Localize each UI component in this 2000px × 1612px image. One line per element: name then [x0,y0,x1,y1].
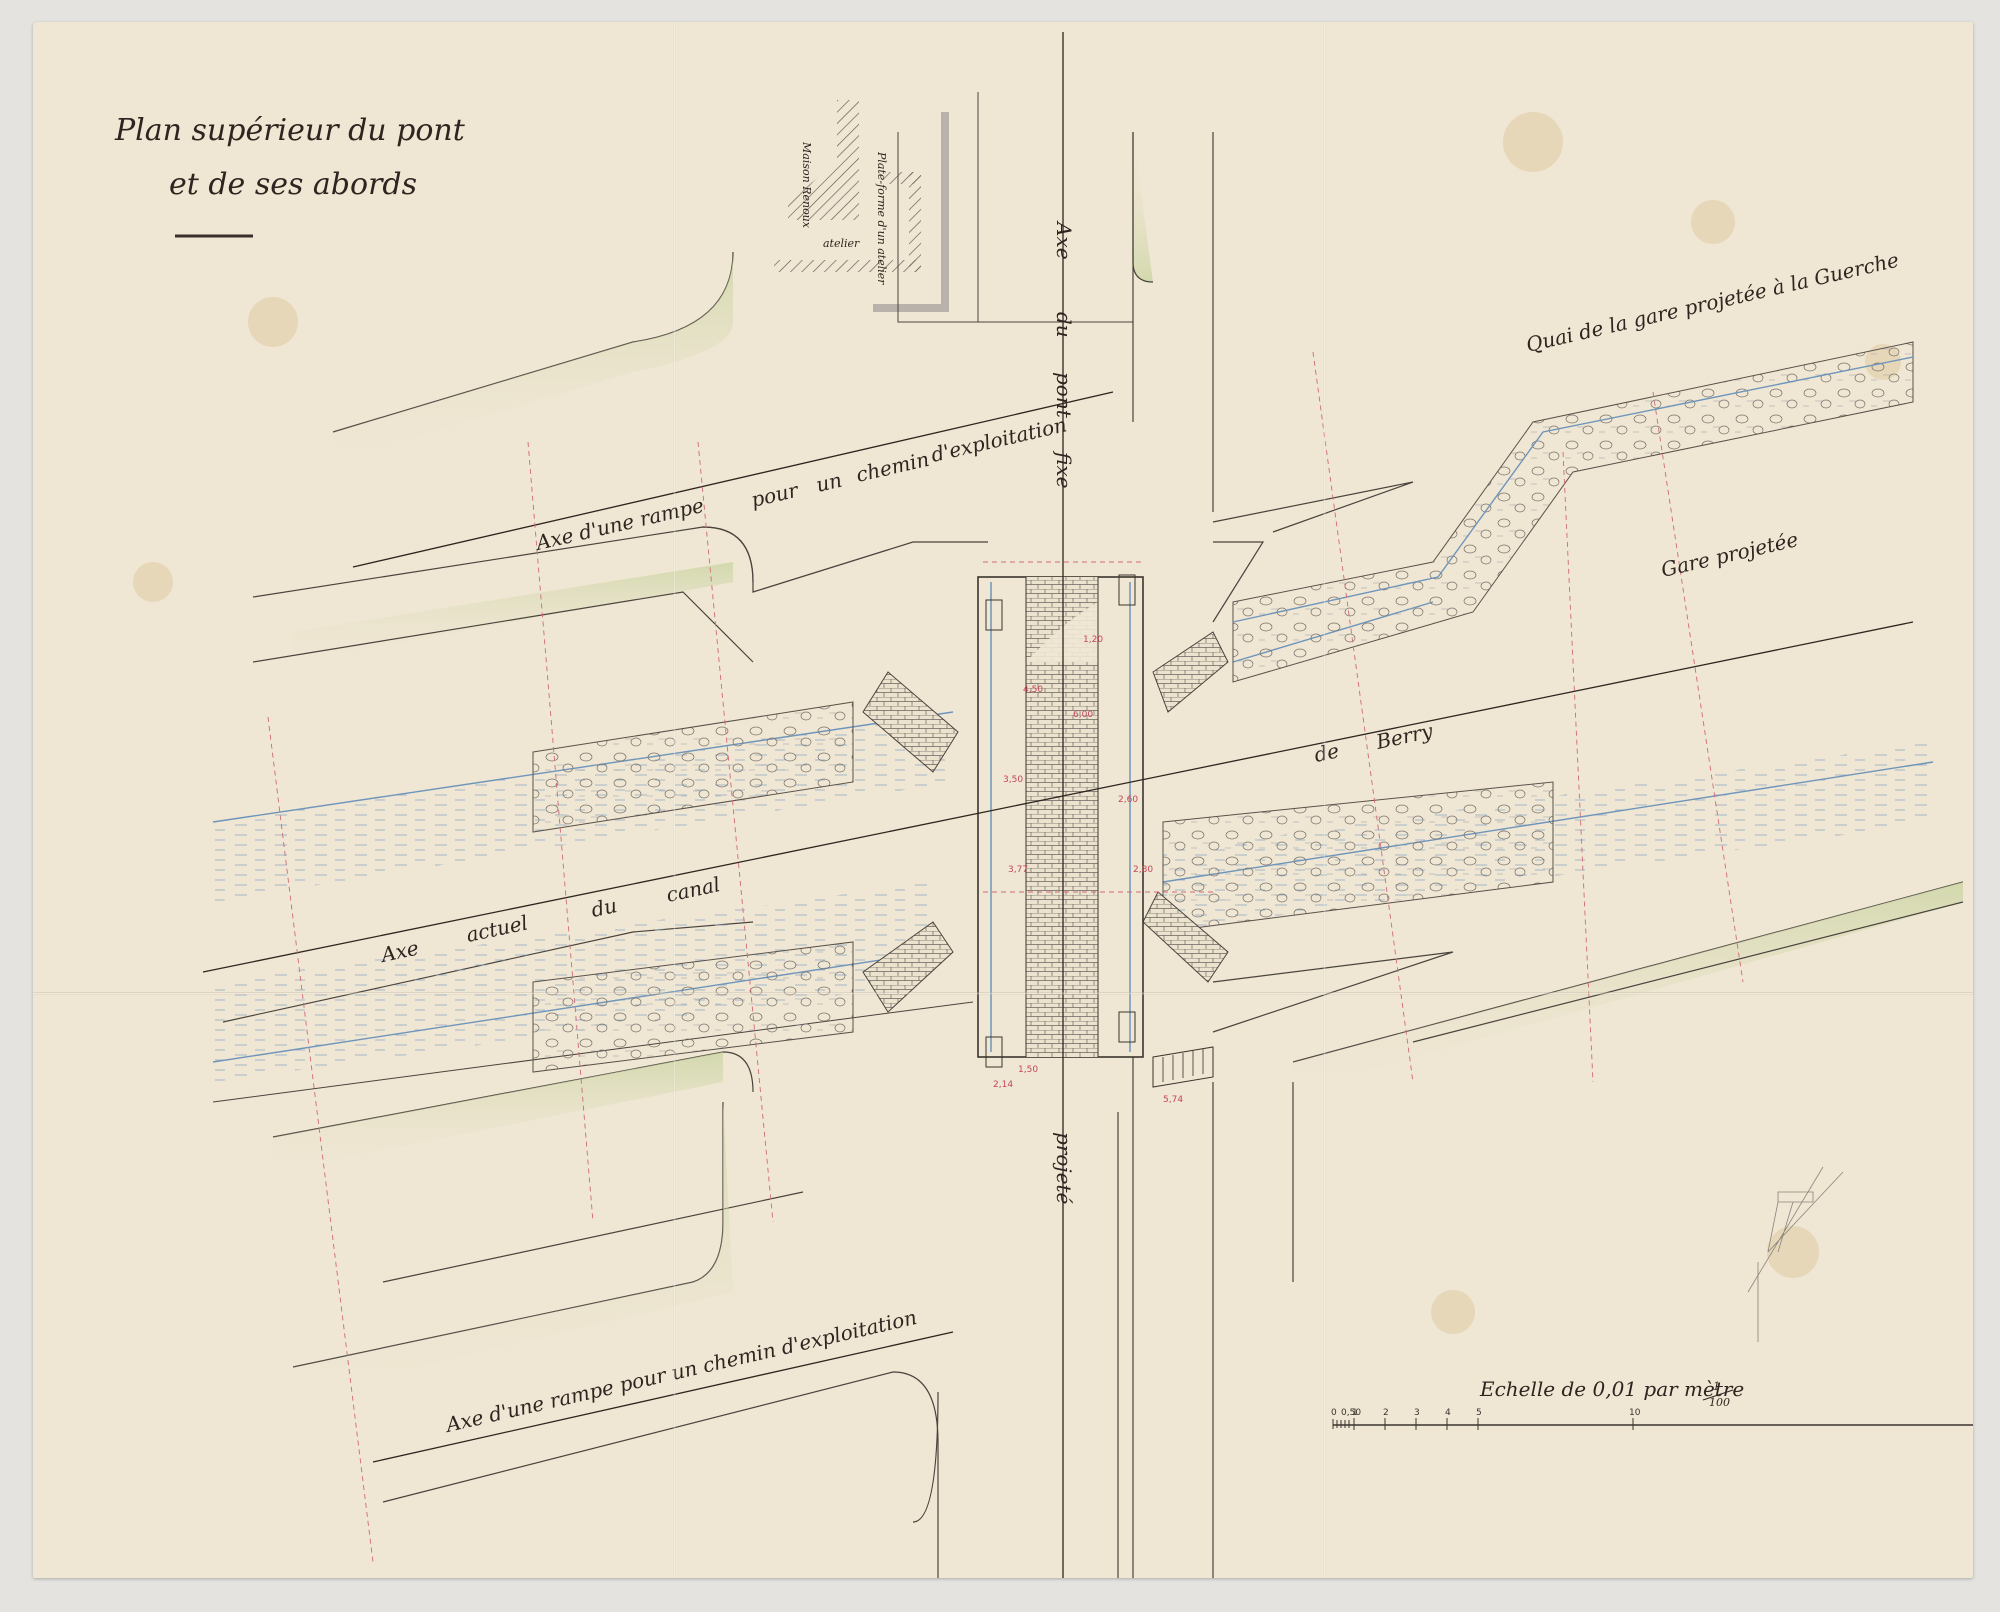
svg-text:3: 3 [1414,1408,1420,1418]
svg-text:2,60: 2,60 [1118,795,1138,805]
canal-axis-word-3: du [589,893,619,922]
canal-axis-word-6: Berry [1373,718,1435,754]
paper-fold-vertical-left [673,22,676,1578]
svg-text:5: 5 [1476,1408,1482,1418]
svg-text:4,50: 4,50 [1023,685,1043,695]
ramp-upper-word-4: chemin [854,447,932,487]
inset-label-house: Maison Renoux [800,141,813,229]
scale-caption: Echelle de 0,01 par mètre [1479,1377,1744,1401]
svg-text:3,50: 3,50 [1003,775,1023,785]
svg-text:3,77: 3,77 [1008,865,1028,875]
bridge-axis-word-4: fixe [1052,450,1076,488]
svg-text:4: 4 [1445,1408,1451,1418]
svg-text:2,14: 2,14 [993,1080,1013,1090]
title-line-1: Plan supérieur du pont [114,113,466,148]
bridge-axis-word-1: Axe [1052,220,1076,260]
svg-text:2,80: 2,80 [1133,865,1153,875]
scale-ratio-numerator: 1 [1713,1380,1720,1393]
scale-bar: Echelle de 0,01 par mètre 1 100 0 0,50 [1331,1377,1973,1430]
title-line-2: et de ses abords [169,167,417,202]
svg-text:1,50: 1,50 [1018,1065,1038,1075]
paper-fold-vertical-right [1323,22,1326,1578]
paper-fold-horizontal [33,992,1973,995]
svg-text:1: 1 [1352,1408,1358,1418]
ramp-upper-word-2: pour [749,478,802,512]
station-label: Gare projetée [1659,527,1801,582]
svg-text:6,00: 6,00 [1073,710,1093,720]
bridge-axis-word-2: du [1052,312,1076,338]
scale-ratio-denominator: 100 [1709,1396,1730,1409]
station-quay-label: Quai de la gare projetée à la Guerche [1524,248,1901,357]
inset-building-plan: Maison Renoux Plate-forme d'un atelier a… [774,92,978,322]
ramp-upper-word-3: un [814,468,845,497]
svg-text:5,74: 5,74 [1163,1095,1183,1105]
bridge-axis-word-5: projeté [1052,1132,1076,1204]
drawing-sheet: Plan supérieur du pont et de ses abords … [33,22,1973,1578]
ramp-upper-word-1: Axe d'une rampe [532,493,706,555]
svg-text:1,20: 1,20 [1083,635,1103,645]
bridge-axis-word-3: pont [1052,372,1076,419]
svg-text:2: 2 [1383,1408,1389,1418]
bridge-plan-drawing: Plan supérieur du pont et de ses abords … [33,22,1973,1578]
inset-label-workshop: atelier [823,237,860,250]
inset-label-platform: Plate-forme d'un atelier [875,151,888,285]
title-block: Plan supérieur du pont et de ses abords [114,113,466,236]
svg-text:0: 0 [1331,1408,1337,1418]
canal-axis-word-5: de [1312,738,1341,767]
ramp-upper-word-5: d'exploitation [929,412,1069,467]
svg-text:10: 10 [1629,1408,1641,1418]
